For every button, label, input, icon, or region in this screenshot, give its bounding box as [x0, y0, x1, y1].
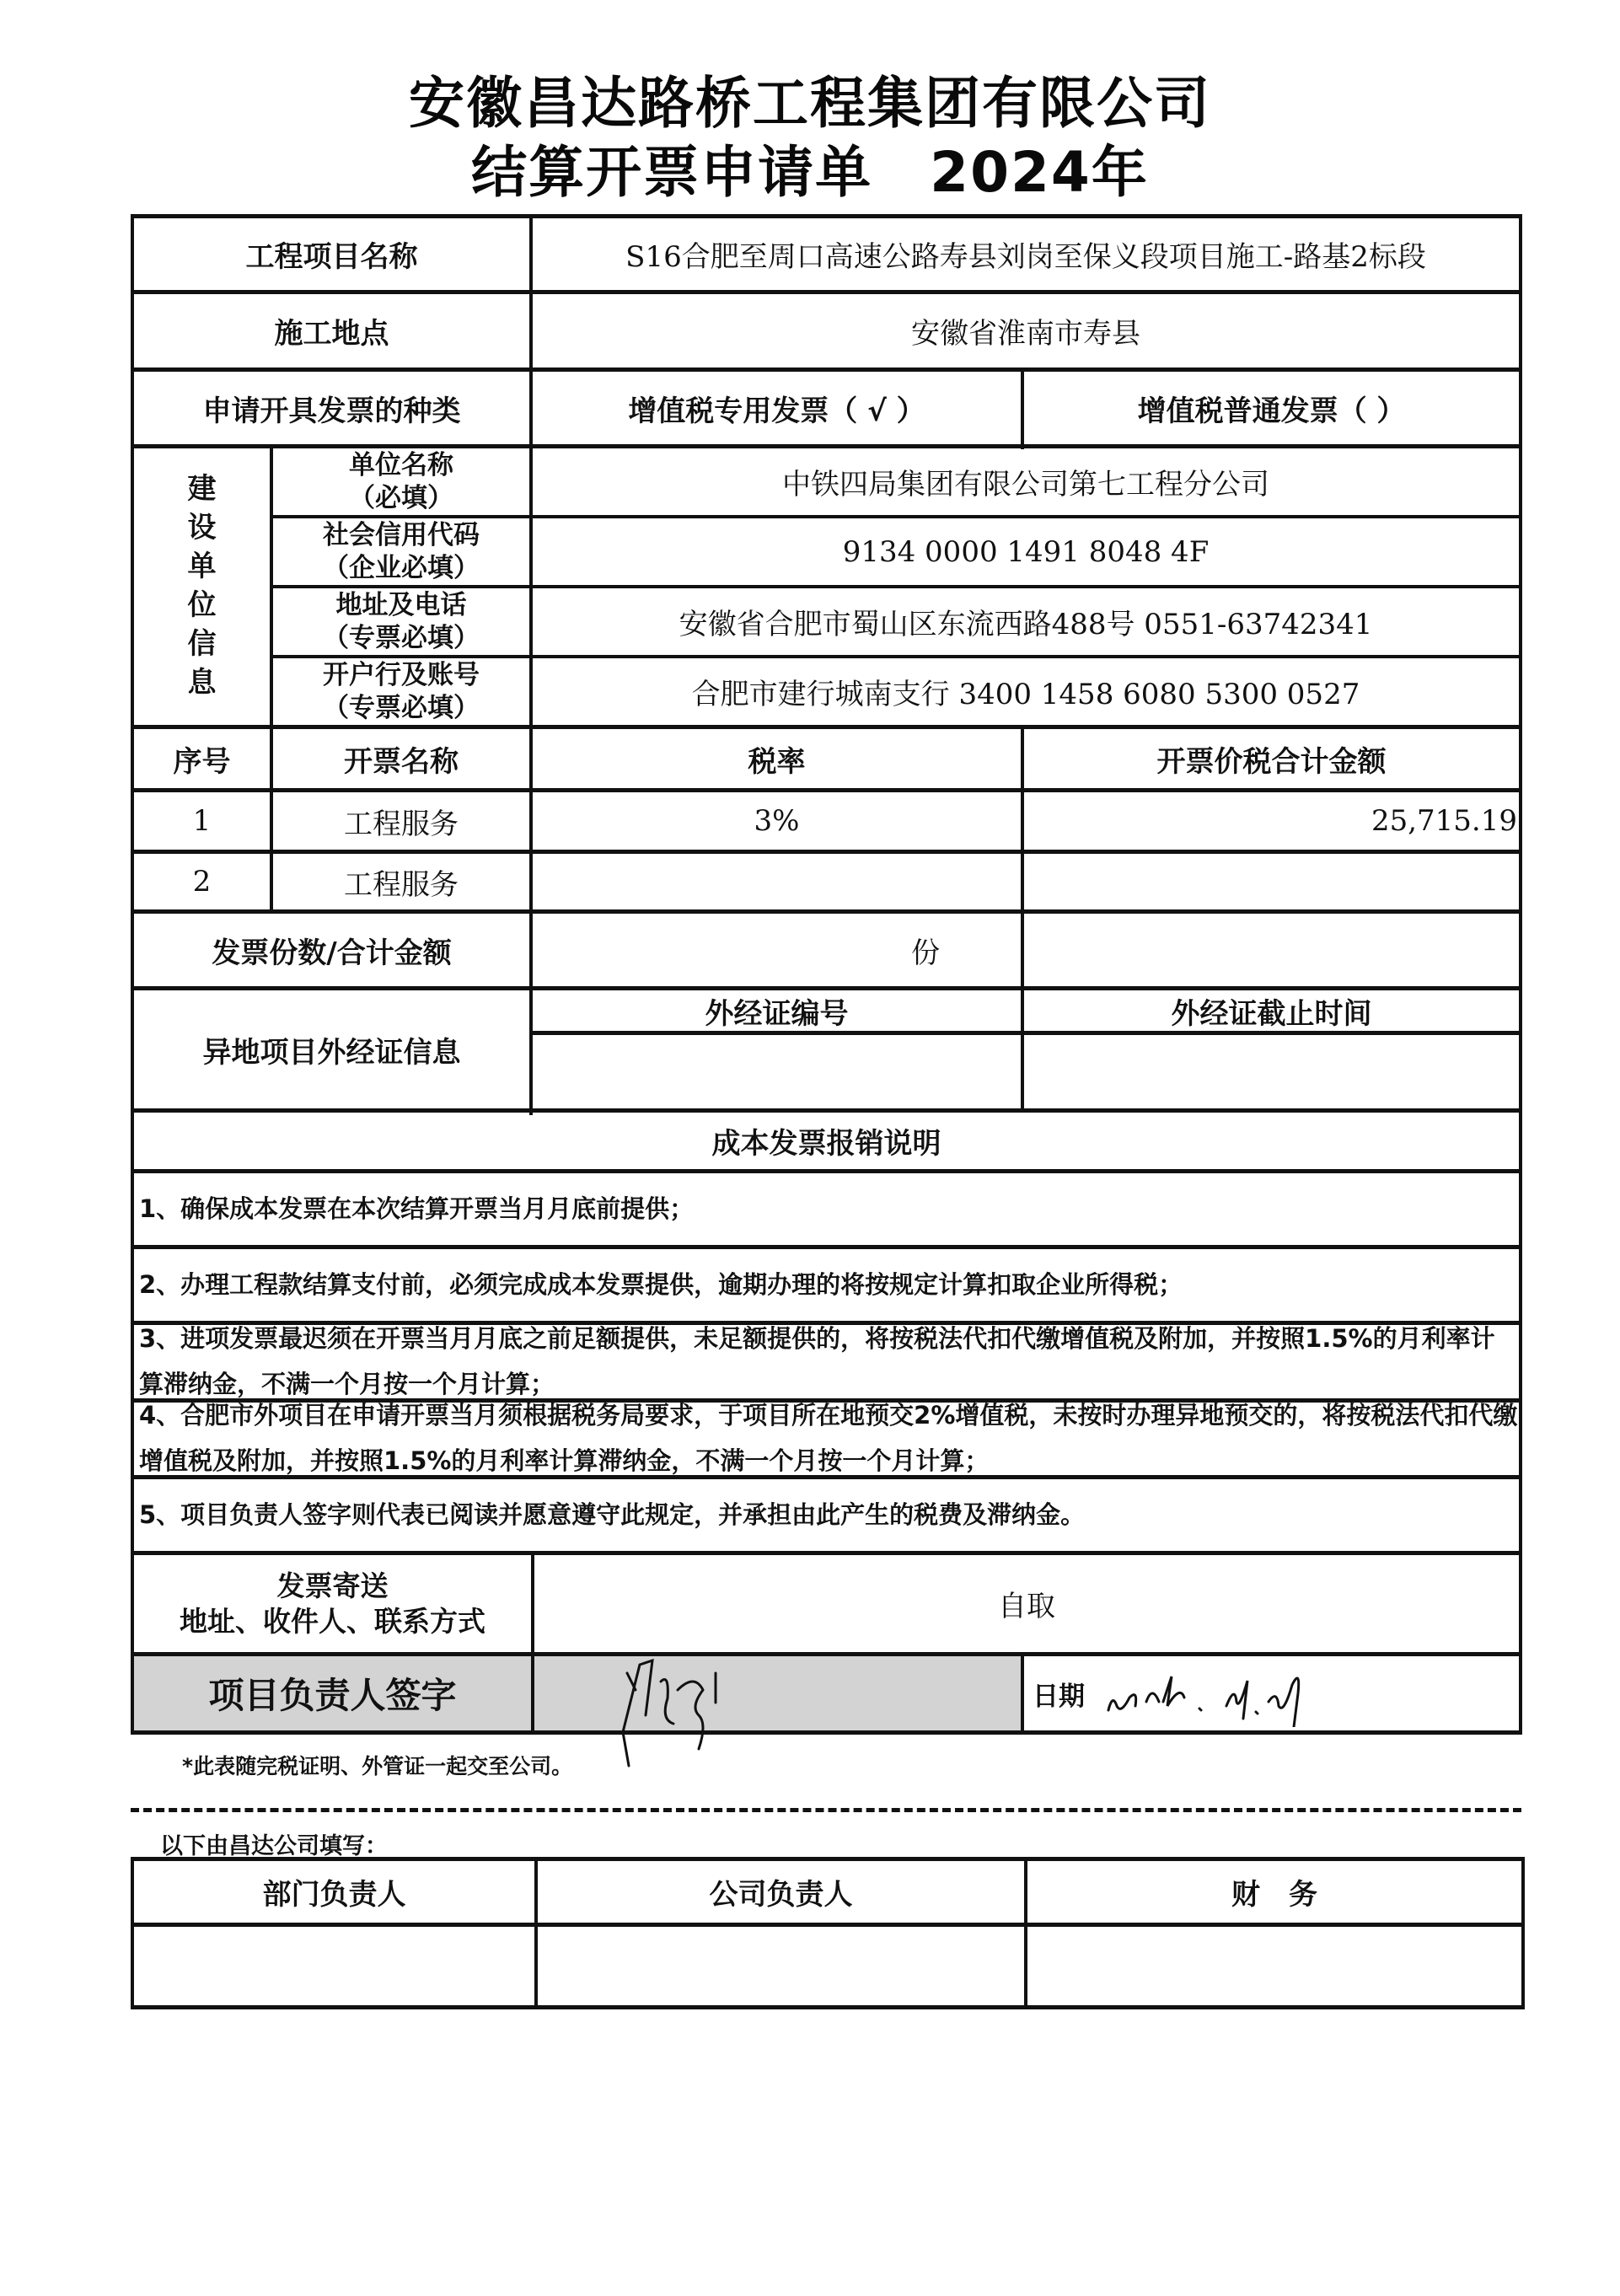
project-name-value[interactable]: S16合肥至周口高速公路寿县刘岗至保义段项目施工-路基2标段	[533, 218, 1519, 290]
table-border-bottom	[131, 2005, 1524, 2009]
label-main: 社会信用代码	[323, 519, 480, 552]
delivery-label: 发票寄送 地址、收件人、联系方式	[134, 1555, 531, 1652]
item-no: 1	[134, 792, 270, 850]
item-rate[interactable]	[533, 854, 1021, 909]
item-amount[interactable]: 25,715.19	[1024, 792, 1519, 850]
credit-code-value[interactable]: 9134 0000 1491 8048 4F	[533, 518, 1519, 585]
invoice-count-field[interactable]: 份	[533, 914, 1021, 986]
separator-dashed-line	[131, 1808, 1521, 1812]
table-border-right	[1521, 1857, 1525, 2009]
unit-name-label: 单位名称 （必填）	[273, 448, 529, 515]
location-value[interactable]: 安徽省淮南市寿县	[533, 294, 1519, 367]
invoice-type-normal-checkbox[interactable]: 增值税普通发票（ ）	[1024, 372, 1519, 444]
label-main: 发票寄送	[277, 1569, 389, 1603]
label-sub: （必填）	[349, 482, 453, 515]
total-amount-field[interactable]	[1024, 914, 1519, 986]
group-char: 息	[188, 664, 217, 703]
bank-account-label: 开户行及账号 （专票必填）	[273, 658, 529, 725]
group-char: 设	[188, 509, 217, 548]
table-border-bottom	[131, 1730, 1522, 1735]
company-title: 安徽昌达路桥工程集团有限公司	[0, 76, 1620, 131]
label-main: 单位名称	[349, 449, 453, 482]
label-main: 开户行及账号	[323, 659, 480, 692]
cost-notes-title: 成本发票报销说明	[134, 1113, 1519, 1169]
address-phone-value[interactable]: 安徽省合肥市蜀山区东流西路488号 0551-63742341	[533, 588, 1519, 655]
label-sub: （专票必填）	[323, 622, 480, 655]
builder-info-group-label: 建 设 单 位 信 息	[134, 448, 270, 725]
item-no: 2	[134, 854, 270, 909]
totals-label: 发票份数/合计金额	[134, 914, 529, 986]
outside-cert-number-field[interactable]	[533, 1035, 1021, 1108]
group-char: 建	[188, 470, 217, 509]
finance-header: 财 务	[1027, 1861, 1521, 1923]
table-border-right	[1519, 214, 1522, 1735]
col-header-no: 序号	[134, 729, 270, 788]
location-label: 施工地点	[134, 294, 529, 367]
group-char: 位	[188, 587, 217, 625]
outside-cert-number-header: 外经证编号	[533, 990, 1021, 1031]
label-sub: （企业必填）	[323, 552, 480, 585]
signature-label: 项目负责人签字	[134, 1656, 531, 1730]
signature-field[interactable]	[534, 1656, 1021, 1730]
col-header-amount: 开票价税合计金额	[1024, 729, 1519, 788]
cost-note-3: 3、进项发票最迟须在开票当月月底之前足额提供，未足额提供的，将按税法代扣代缴增值…	[134, 1325, 1519, 1398]
company-head-header: 公司负责人	[538, 1861, 1024, 1923]
item-rate[interactable]: 3%	[533, 792, 1021, 850]
finance-signature-field[interactable]	[1027, 1927, 1521, 2005]
cost-note-5: 5、项目负责人签字则代表已阅读并愿意遵守此规定，并承担由此产生的税费及滞纳金。	[134, 1479, 1519, 1551]
item-name[interactable]: 工程服务	[273, 792, 529, 850]
cost-note-4: 4、合肥市外项目在申请开票当月须根据税务局要求，于项目所在地预交2%增值税，未按…	[134, 1403, 1519, 1475]
unit-name-value[interactable]: 中铁四局集团有限公司第七工程分公司	[533, 448, 1519, 515]
label-sub: （专票必填）	[323, 692, 480, 725]
dept-head-signature-field[interactable]	[134, 1927, 534, 2005]
outside-cert-expiry-field[interactable]	[1024, 1035, 1519, 1108]
form-title: 结算开票申请单 2024年	[0, 145, 1620, 201]
delivery-value[interactable]: 自取	[534, 1555, 1519, 1652]
group-char: 信	[188, 625, 217, 664]
handwritten-date-icon	[1100, 1660, 1370, 1727]
outside-cert-expiry-header: 外经证截止时间	[1024, 990, 1519, 1031]
col-header-rate: 税率	[533, 729, 1021, 788]
outside-cert-label: 异地项目外经证信息	[134, 990, 529, 1108]
invoice-type-special-checkbox[interactable]: 增值税专用发票（ √ ）	[533, 372, 1021, 444]
footnote: *此表随完税证明、外管证一起交至公司。	[182, 1750, 572, 1780]
invoice-type-label: 申请开具发票的种类	[134, 372, 529, 444]
cost-note-2: 2、办理工程款结算支付前，必须完成成本发票提供，逾期办理的将按规定计算扣取企业所…	[134, 1249, 1519, 1321]
dept-head-header: 部门负责人	[134, 1861, 534, 1923]
company-section-intro: 以下由昌达公司填写：	[160, 1827, 388, 1860]
cost-note-1: 1、确保成本发票在本次结算开票当月月底前提供；	[134, 1173, 1519, 1245]
company-head-signature-field[interactable]	[538, 1927, 1024, 2005]
item-name[interactable]: 工程服务	[273, 854, 529, 909]
handwritten-signature-icon	[534, 1656, 1021, 1730]
label-sub: 地址、收件人、联系方式	[180, 1604, 485, 1639]
date-field[interactable]: 日期	[1024, 1656, 1519, 1730]
col-header-name: 开票名称	[273, 729, 529, 788]
project-name-label: 工程项目名称	[134, 218, 529, 290]
label-main: 地址及电话	[336, 589, 467, 622]
date-label: 日期	[1033, 1675, 1085, 1713]
group-char: 单	[188, 548, 217, 587]
credit-code-label: 社会信用代码 （企业必填）	[273, 518, 529, 585]
address-phone-label: 地址及电话 （专票必填）	[273, 588, 529, 655]
item-amount[interactable]	[1024, 854, 1519, 909]
bank-account-value[interactable]: 合肥市建行城南支行 3400 1458 6080 5300 0527	[533, 658, 1519, 725]
